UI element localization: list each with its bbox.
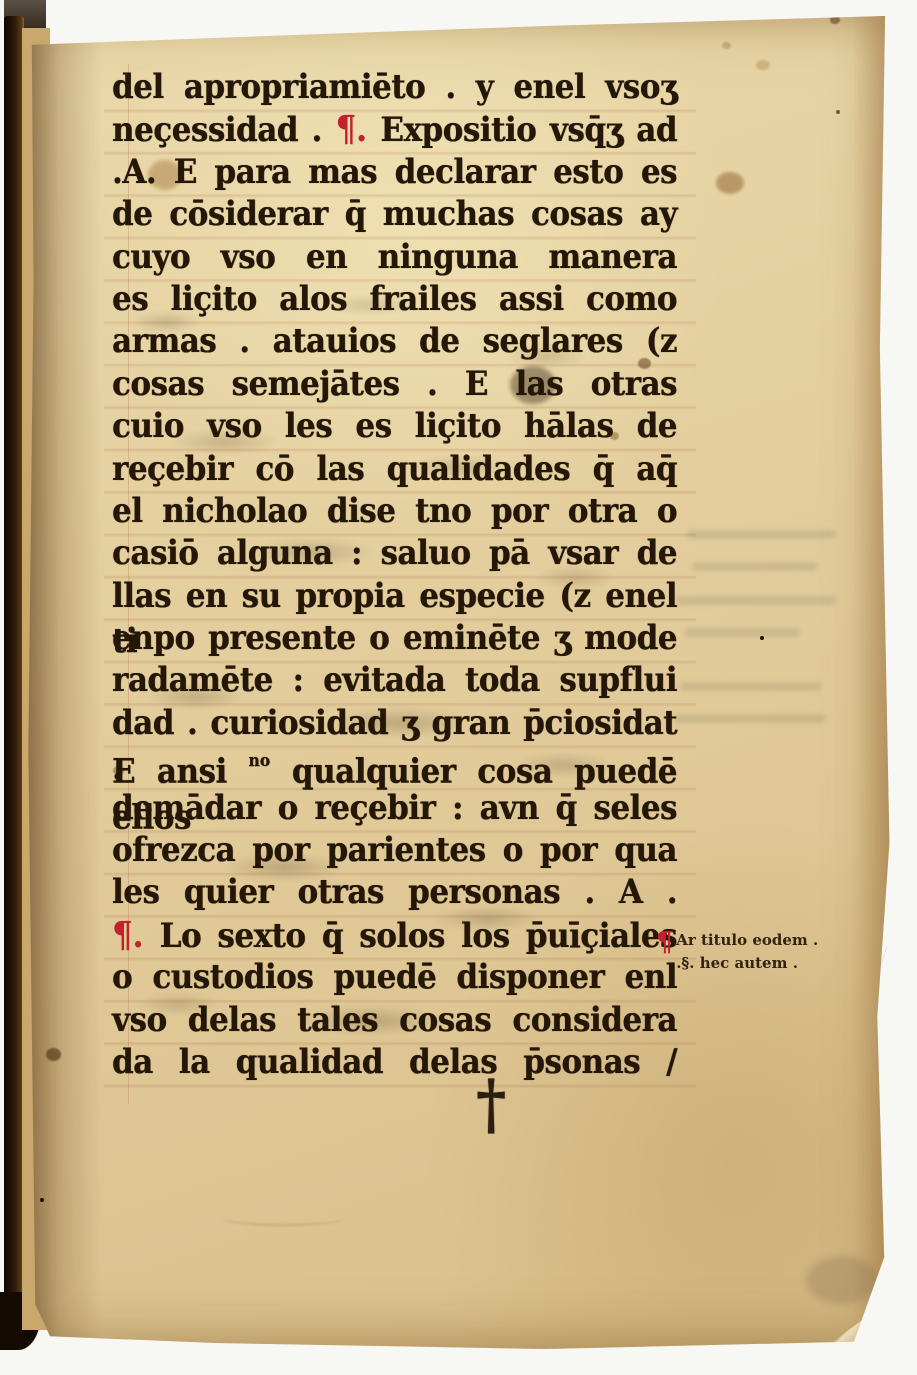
text-line-14: enpo presente o eminēte ʒ mode: [112, 615, 677, 661]
text-segment: Expositio vsq̄ʒ ad: [367, 111, 677, 150]
margin-note-line2: .§. hec autem .: [676, 952, 818, 975]
text-line-21: ¶. Lo sexto q̄ solos los p̄uīçiales: [112, 912, 677, 958]
text-line-24: da la qualidad delas p̄sonas /: [112, 1039, 677, 1085]
stain: [716, 172, 744, 194]
text-segment: neçessidad .: [112, 111, 335, 150]
text-segment: demādar o reçebir : avn q̄ seles: [112, 788, 677, 827]
showthrough-text: [676, 596, 837, 605]
rubric-paraph-icon: ¶.: [335, 108, 366, 150]
text-segment: es liçito alos frailes assi como: [112, 279, 677, 318]
showthrough-text: [680, 682, 823, 691]
text-segment: casiō alguna : saluo pā vsar de: [112, 534, 677, 573]
faint-pencil-mark: [222, 1210, 346, 1226]
text-line-8: cosas semejātes . E las otras: [112, 361, 677, 407]
rubric-paraph-icon: ¶.: [112, 913, 143, 955]
text-segment: de cōsiderar q̄ muchas cosas ay: [112, 195, 677, 234]
stain: [806, 1256, 878, 1304]
text-line-23: vso delas tales cosas considera: [112, 997, 677, 1043]
text-line-16: dad . curiosidad ʒ gran p̄ciosidat .: [112, 700, 677, 746]
showthrough-text: [674, 714, 827, 723]
text-line-22: o custodios puedē disponer enl: [112, 955, 677, 1001]
text-segment: cuio vso les es liçito hālas de: [112, 407, 677, 446]
stain: [756, 60, 770, 70]
text-segment: cuyo vso en ninguna manera: [112, 237, 677, 276]
ink-fleck: [760, 636, 764, 640]
text-line-2: neçessidad . ¶. Expositio vsq̄ʒ ad: [112, 107, 677, 153]
text-segment: del apropriamiēto . y enel vsoʒ: [112, 68, 677, 107]
manuscript-page: del apropriamiēto . y enel vsoʒneçessida…: [24, 14, 892, 1351]
stain: [46, 1048, 61, 1061]
main-text-block: del apropriamiēto . y enel vsoʒneçessida…: [112, 66, 677, 1083]
text-segment: da la qualidad delas p̄sonas /: [112, 1043, 677, 1082]
gutter-shadow: [24, 14, 102, 1351]
stain: [830, 16, 840, 24]
text-segment: les quier otras personas . A .: [112, 873, 677, 912]
rubric-paraph-icon: ¶: [656, 929, 673, 956]
text-line-13: llas en su propia especie (z enel ti: [112, 573, 677, 619]
showthrough-text: [684, 628, 801, 637]
margin-note: ¶ Ar titulo eodem . .§. hec autem .: [656, 929, 856, 975]
cross-mark: †: [476, 1065, 506, 1143]
showthrough-text: [686, 530, 837, 539]
margin-note-text: Ar titulo eodem . .§. hec autem .: [676, 929, 818, 975]
text-segment: el nicholao dise tno por otra o: [112, 491, 677, 530]
text-line-5: cuyo vso en ninguna manera: [112, 234, 677, 280]
text-line-7: armas . atauios de seglares (z: [112, 319, 677, 365]
text-segment: ofrezca por parientes o por qua: [112, 831, 677, 870]
text-segment: vso delas tales cosas considera: [112, 1000, 677, 1039]
text-line-10: reçebir cō las qualidades q̄ aq̄: [112, 446, 677, 492]
text-segment: radamēte : evitada toda supflui: [112, 661, 677, 700]
ink-fleck: [836, 110, 840, 114]
text-line-9: cuio vso les es liçito hālas de: [112, 403, 677, 449]
text-line-18: demādar o reçebir : avn q̄ seles: [112, 785, 677, 831]
book-spine-edge: [4, 16, 24, 1328]
text-segment: reçebir cō las qualidades q̄ aq̄: [112, 449, 677, 488]
text-segment: enpo presente o eminēte ʒ mode: [112, 619, 677, 658]
ink-fleck: [40, 1198, 44, 1202]
text-line-12: casiō alguna : saluo pā vsar de: [112, 531, 677, 577]
text-segment: o custodios puedē disponer enl: [112, 958, 677, 997]
text-segment: .A. E para mas declarar esto es: [112, 152, 677, 191]
text-line-15: radamēte : evitada toda supflui: [112, 658, 677, 704]
margin-note-line1: Ar titulo eodem .: [676, 929, 818, 952]
text-segment: no: [249, 750, 271, 771]
text-segment: cosas semejātes . E las otras: [112, 364, 677, 403]
text-line-19: ofrezca por parientes o por qua: [112, 827, 677, 873]
manuscript-photo: del apropriamiēto . y enel vsoʒneçessida…: [0, 0, 917, 1375]
text-line-3: .A. E para mas declarar esto es: [112, 149, 677, 195]
text-line-17: E ansi no qualquier cosa puedē ellos: [112, 743, 677, 789]
text-line-4: de cōsiderar q̄ muchas cosas ay: [112, 191, 677, 237]
showthrough-text: [692, 562, 819, 571]
text-line-1: del apropriamiēto . y enel vsoʒ: [112, 64, 677, 110]
text-segment: Lo sexto q̄ solos los p̄uīçiales: [143, 916, 677, 955]
text-line-6: es liçito alos frailes assi como: [112, 276, 677, 322]
text-line-11: el nicholao dise tno por otra o: [112, 488, 677, 534]
stain: [722, 42, 731, 49]
text-segment: armas . atauios de seglares (z: [112, 322, 677, 361]
text-line-20: les quier otras personas . A .: [112, 870, 677, 916]
page-edge-shading: [852, 14, 892, 1351]
